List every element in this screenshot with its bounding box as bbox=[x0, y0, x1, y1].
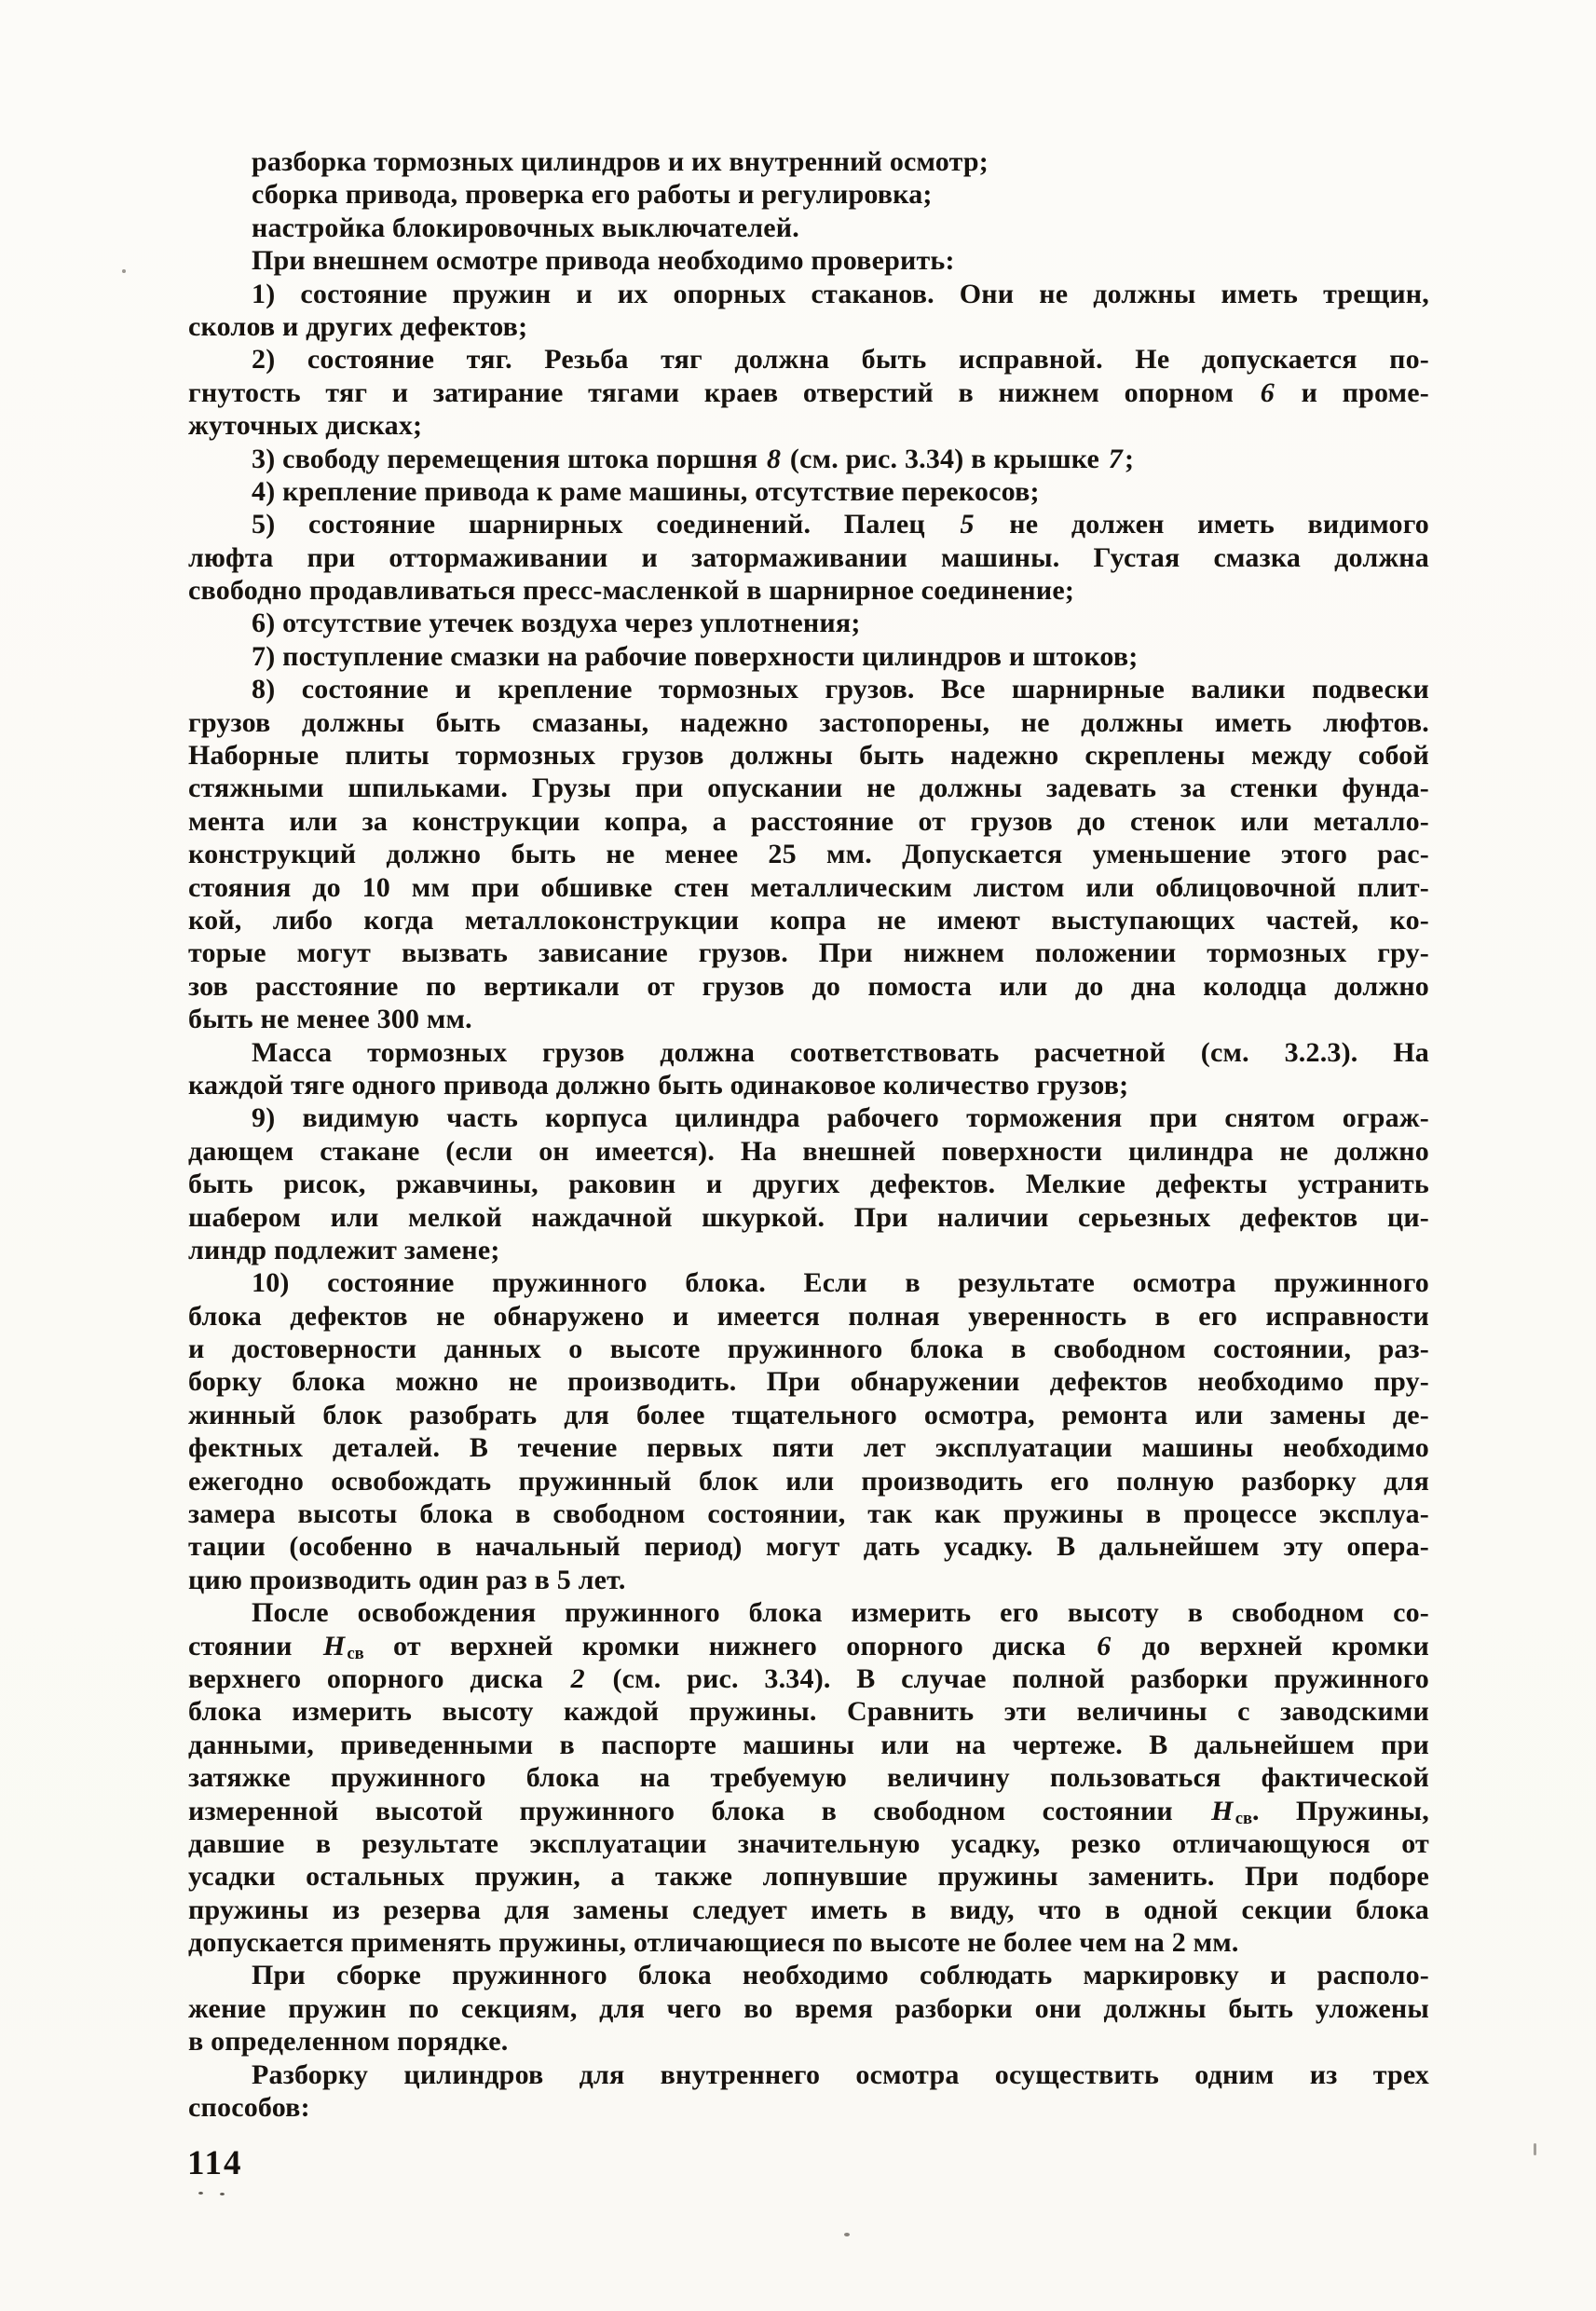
scan-speck bbox=[198, 2192, 203, 2195]
text-line: грузов должны быть смазаны, надежно заст… bbox=[188, 706, 1429, 739]
text-line: стояния до 10 мм при обшивке стен металл… bbox=[188, 871, 1429, 904]
text-line: При внешнем осмотре привода необходимо п… bbox=[188, 244, 1429, 277]
figure-ref: Н bbox=[321, 1631, 348, 1661]
text-line: шабером или мелкой наждачной шкуркой. Пр… bbox=[188, 1201, 1429, 1234]
text-line: в определенном порядке. bbox=[188, 2025, 1429, 2058]
text-line: При сборке пружинного блока необходимо с… bbox=[188, 1959, 1429, 1991]
text-line: свободно продавливаться пресс-масленкой … bbox=[188, 574, 1429, 607]
scan-speck bbox=[1534, 2143, 1536, 2155]
figure-ref: 7 bbox=[1107, 444, 1125, 474]
figure-ref: 6 bbox=[1095, 1631, 1112, 1661]
text-line: 9) видимую часть корпуса цилиндра рабоче… bbox=[188, 1101, 1429, 1134]
text-line: настройка блокировочных выключателей. bbox=[188, 212, 1429, 244]
text-line: пружины из резерва для замены следует им… bbox=[188, 1894, 1429, 1926]
subscript: св bbox=[347, 1644, 363, 1663]
text-line: усадки остальных пружин, а также лопнувш… bbox=[188, 1860, 1429, 1893]
text-line: После освобождения пружинного блока изме… bbox=[188, 1596, 1429, 1629]
text-line: стяжными шпильками. Грузы при опускании … bbox=[188, 772, 1429, 804]
subscript: св bbox=[1235, 1809, 1252, 1828]
text-line: Масса тормозных грузов должна соответств… bbox=[188, 1036, 1429, 1069]
text-line: сборка привода, проверка его работы и ре… bbox=[188, 178, 1429, 211]
scan-speck bbox=[220, 2193, 225, 2195]
text-line: 3) свободу перемещения штока поршня 8 (с… bbox=[188, 443, 1429, 475]
text-line: затяжке пружинного блока на требуемую ве… bbox=[188, 1761, 1429, 1794]
scan-speck bbox=[844, 2233, 850, 2236]
text-line: жение пружин по секциям, для чего во вре… bbox=[188, 1992, 1429, 2025]
text-line: замера высоты блока в свободном состояни… bbox=[188, 1497, 1429, 1530]
text-line: ежегодно освобождать пружинный блок или … bbox=[188, 1465, 1429, 1497]
scan-speck bbox=[122, 269, 126, 273]
text-line: конструкций должно быть не менее 25 мм. … bbox=[188, 838, 1429, 870]
text-line: верхнего опорного диска 2 (см. рис. 3.34… bbox=[188, 1662, 1429, 1695]
figure-ref: 6 bbox=[1259, 377, 1276, 408]
text-line: 2) состояние тяг. Резьба тяг должна быть… bbox=[188, 343, 1429, 376]
text-line: борку блока можно не производить. При об… bbox=[188, 1365, 1429, 1398]
figure-ref: 2 bbox=[569, 1663, 587, 1694]
text-line: люфта при оттормаживании и затормаживани… bbox=[188, 541, 1429, 574]
text-line: блока измерить высоту каждой пружины. Ср… bbox=[188, 1695, 1429, 1728]
text-line: линдр подлежит замене; bbox=[188, 1234, 1429, 1266]
figure-ref: 5 bbox=[958, 509, 975, 540]
text-line: жинный блок разобрать для более тщательн… bbox=[188, 1399, 1429, 1431]
text-line: фектных деталей. В течение первых пяти л… bbox=[188, 1431, 1429, 1464]
text-line: быть не менее 300 мм. bbox=[188, 1003, 1429, 1035]
text-line: 5) состояние шарнирных соединений. Палец… bbox=[188, 508, 1429, 540]
text-line: блока дефектов не обнаружено и имеется п… bbox=[188, 1300, 1429, 1333]
page-number: 114 bbox=[187, 2143, 242, 2183]
text-line: и достоверности данных о высоте пружинно… bbox=[188, 1333, 1429, 1365]
document-page: разборка тормозных цилиндров и их внутре… bbox=[0, 0, 1596, 2311]
text-line: быть рисок, ржавчины, раковин и других д… bbox=[188, 1168, 1429, 1200]
text-line: 6) отсутствие утечек воздуха через уплот… bbox=[188, 607, 1429, 639]
text-line: цию производить один раз в 5 лет. bbox=[188, 1564, 1429, 1596]
text-line: дающем стакане (если он имеется). На вне… bbox=[188, 1135, 1429, 1168]
text-line: давшие в результате эксплуатации значите… bbox=[188, 1827, 1429, 1860]
text-line: Разборку цилиндров для внутреннего осмот… bbox=[188, 2058, 1429, 2091]
text-line: 8) состояние и крепление тормозных грузо… bbox=[188, 673, 1429, 705]
text-block: разборка тормозных цилиндров и их внутре… bbox=[188, 145, 1429, 2124]
text-line: гнутость тяг и затирание тягами краев от… bbox=[188, 376, 1429, 409]
text-line: Наборные плиты тормозных грузов должны б… bbox=[188, 739, 1429, 772]
text-line: тации (особенно в начальный период) могу… bbox=[188, 1530, 1429, 1563]
text-line: способов: bbox=[188, 2091, 1429, 2124]
text-line: данными, приведенными в паспорте машины … bbox=[188, 1729, 1429, 1761]
text-line: зов расстояние по вертикали от грузов до… bbox=[188, 970, 1429, 1003]
text-line: 1) состояние пружин и их опорных стакано… bbox=[188, 278, 1429, 310]
text-line: каждой тяге одного привода должно быть о… bbox=[188, 1069, 1429, 1101]
text-line: разборка тормозных цилиндров и их внутре… bbox=[188, 145, 1429, 178]
text-line: 4) крепление привода к раме машины, отсу… bbox=[188, 475, 1429, 508]
text-line: 7) поступление смазки на рабочие поверхн… bbox=[188, 640, 1429, 673]
figure-ref: 8 bbox=[765, 444, 783, 474]
text-line: кой, либо когда металлоконструкции копра… bbox=[188, 904, 1429, 937]
text-line: допускается применять пружины, отличающи… bbox=[188, 1926, 1429, 1959]
text-line: мента или за конструкции копра, а рассто… bbox=[188, 805, 1429, 838]
text-line: 10) состояние пружинного блока. Если в р… bbox=[188, 1266, 1429, 1299]
figure-ref: Н bbox=[1209, 1796, 1235, 1826]
text-line: измеренной высотой пружинного блока в св… bbox=[188, 1795, 1429, 1827]
text-line: торые могут вызвать зависание грузов. Пр… bbox=[188, 937, 1429, 969]
text-line: сколов и других дефектов; bbox=[188, 310, 1429, 343]
text-line: стоянии Нсв от верхней кромки нижнего оп… bbox=[188, 1630, 1429, 1662]
text-line: жуточных дисках; bbox=[188, 409, 1429, 442]
